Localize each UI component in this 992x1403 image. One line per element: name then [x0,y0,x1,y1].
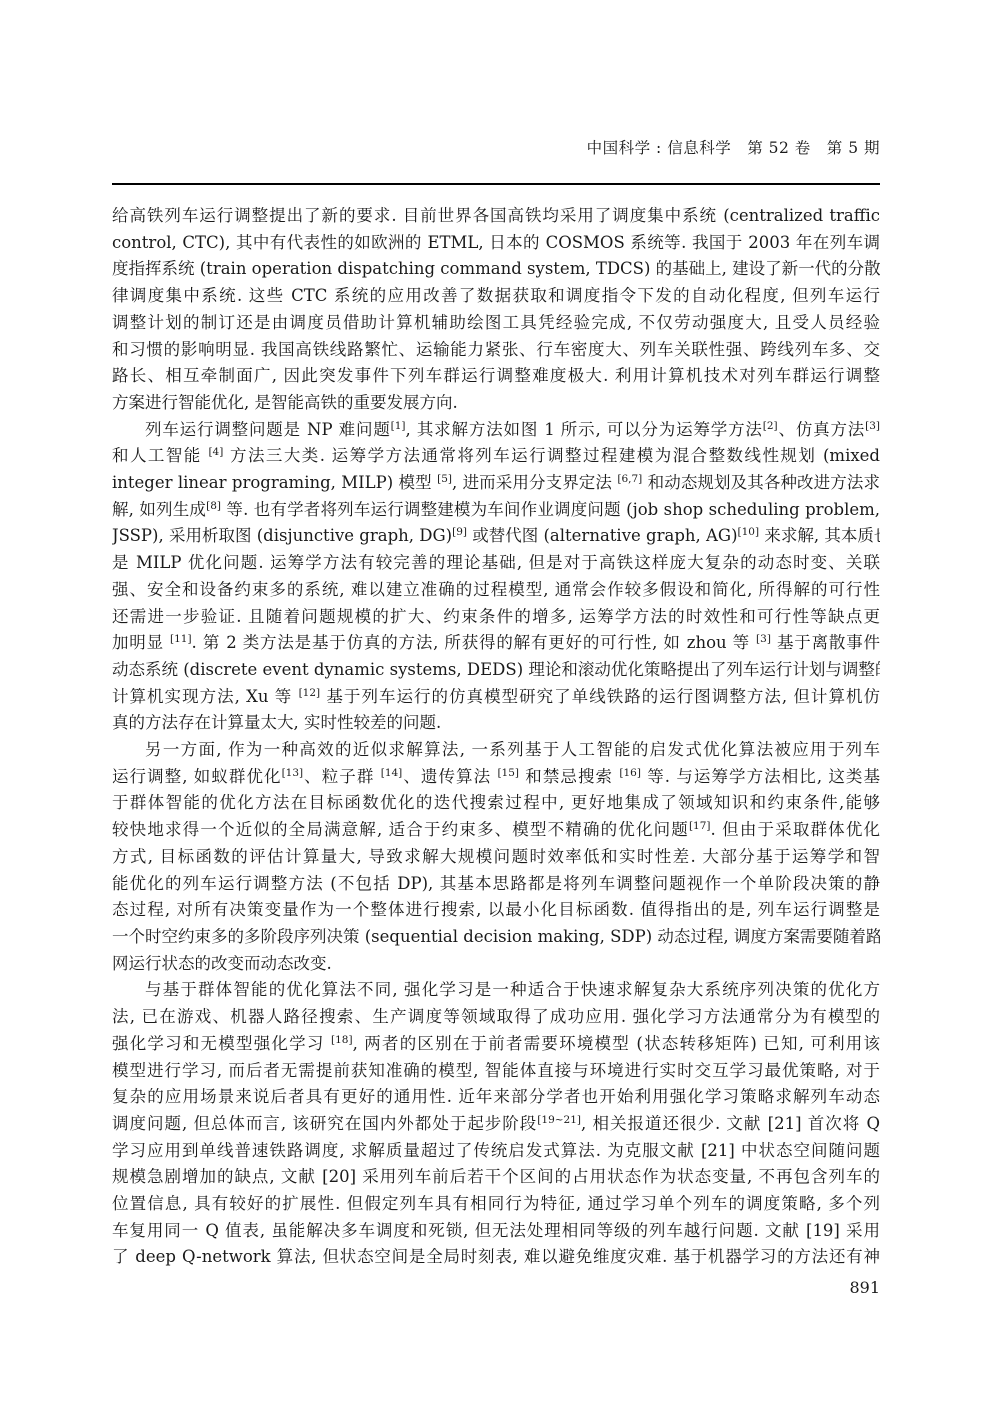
text-segment: 律调度集中系统. 这些 CTC 系统的应用改善了数据获取和调度指令下发的自动化程… [112,286,880,305]
text-segment: 强化学习和无模型强化学习 [112,1034,331,1053]
citation-reference: [9] [452,526,467,538]
text-segment: 、遗传算法 [402,767,497,786]
text-segment: 还需进一步验证. 且随着问题规模的扩大、约束条件的增多, 运筹学方法的时效性和可… [112,607,880,626]
citation-reference: [18] [331,1034,353,1046]
text-line: 和人工智能 [4] 方法三大类. 运筹学方法通常将列车运行调整过程建模为混合整数… [112,443,880,470]
citation-reference: [10] [738,526,760,538]
citation-reference: [19~21] [537,1114,581,1126]
text-segment: 计算机实现方法, Xu 等 [112,687,299,706]
text-segment: , 两者的区别在于前者需要环境模型 (状态转移矩阵) 已知, 可利用该 [353,1034,880,1053]
citation-reference: [3] [756,633,771,645]
text-line: 给高铁列车运行调整提出了新的要求. 目前世界各国高铁均采用了调度集中系统 (ce… [112,203,880,230]
text-line: 列车运行调整问题是 NP 难问题[1], 其求解方法如图 1 所示, 可以分为运… [112,417,880,444]
text-line: 还需进一步验证. 且随着问题规模的扩大、约束条件的增多, 运筹学方法的时效性和可… [112,604,880,631]
text-segment: 给高铁列车运行调整提出了新的要求. 目前世界各国高铁均采用了调度集中系统 (ce… [112,206,880,225]
citation-reference: [13] [282,767,304,779]
text-segment: 网运行状态的改变而动态改变. [112,954,332,973]
text-segment: . 但由于采取群体优化 [711,820,880,839]
paragraph: 列车运行调整问题是 NP 难问题[1], 其求解方法如图 1 所示, 可以分为运… [112,417,880,737]
citation-reference: [8] [206,500,221,512]
text-line: 学习应用到单线普速铁路调度, 求解质量超过了传统启发式算法. 为克服文献 [21… [112,1138,880,1165]
text-line: JSSP), 采用析取图 (disjunctive graph, DG)[9] … [112,523,880,550]
page-footer: 891 [112,1278,880,1298]
text-line: 网运行状态的改变而动态改变. [112,951,880,978]
text-line: 规模急剧增加的缺点, 文献 [20] 采用列车前后若干个区间的占用状态作为状态变… [112,1164,880,1191]
citation-reference: [4] [208,446,223,458]
text-line: 调整计划的制订还是由调度员借助计算机辅助绘图工具凭经验完成, 不仅劳动强度大, … [112,310,880,337]
text-segment: 另一方面, 作为一种高效的近似求解算法, 一系列基于人工智能的启发式优化算法被应… [145,740,880,759]
text-segment: 和习惯的影响明显. 我国高铁线路繁忙、运输能力紧张、行车密度大、列车关联性强、跨… [112,340,880,359]
text-segment: 态过程, 对所有决策变量作为一个整体进行搜索, 以最小化目标函数. 值得指出的是… [112,900,880,919]
article-body: 给高铁列车运行调整提出了新的要求. 目前世界各国高铁均采用了调度集中系统 (ce… [112,203,880,1271]
document-page: 中国科学 : 信息科学 第 52 卷 第 5 期 给高铁列车运行调整提出了新的要… [0,0,992,1403]
citation-reference: [3] [865,420,880,432]
text-segment: , 进而采用分支界定法 [452,473,617,492]
text-segment: 来求解, 其本质也 [759,526,880,545]
text-segment: 是 MILP 优化问题. 运筹学方法有较完善的理论基础, 但是对于高铁这样庞大复… [112,553,880,572]
citation-reference: [17] [689,820,711,832]
text-line: 方案进行智能优化, 是智能高铁的重要发展方向. [112,390,880,417]
citation-reference: [12] [299,687,321,699]
citation-reference: [11] [170,633,192,645]
text-segment: 了 deep Q-network 算法, 但状态空间是全局时刻表, 难以避免维度… [112,1247,880,1266]
text-segment: 复杂的应用场景来说后者具有更好的通用性. 近年来部分学者也开始利用强化学习策略求… [112,1087,880,1106]
text-line: 是 MILP 优化问题. 运筹学方法有较完善的理论基础, 但是对于高铁这样庞大复… [112,550,880,577]
citation-reference: [6,7] [617,473,642,485]
text-line: 路长、相互牵制面广, 因此突发事件下列车群运行调整难度极大. 利用计算机技术对列… [112,363,880,390]
text-segment: 法, 已在游戏、机器人路径搜索、生产调度等领域取得了成功应用. 强化学习方法通常… [112,1007,880,1026]
text-line: 位置信息, 具有较好的扩展性. 但假定列车具有相同行为特征, 通过学习单个列车的… [112,1191,880,1218]
text-line: 较快地求得一个近似的全局满意解, 适合于约束多、模型不精确的优化问题[17]. … [112,817,880,844]
text-segment: 调度问题, 但总体而言, 该研究在国内外都处于起步阶段 [112,1114,537,1133]
text-segment: 模型进行学习, 而后者无需提前获知准确的模型, 智能体直接与环境进行实时交互学习… [112,1061,880,1080]
text-segment: 强、安全和设备约束多的系统, 难以建立准确的过程模型, 通常会作较多假设和简化,… [112,580,880,599]
text-segment: 运行调整, 如蚁群优化 [112,767,282,786]
text-segment: , 相关报道还很少. 文献 [21] 首次将 Q [581,1114,880,1133]
text-segment: 方式, 目标函数的评估计算量大, 导致求解大规模问题时效率低和实时性差. 大部分… [112,847,880,866]
text-segment: 能优化的列车运行调整方法 (不包括 DP), 其基本思路都是将列车调整问题视作一… [112,874,880,893]
text-segment: 规模急剧增加的缺点, 文献 [20] 采用列车前后若干个区间的占用状态作为状态变… [112,1167,880,1186]
text-segment: 解, 如列生成 [112,500,206,519]
text-segment: 和人工智能 [112,446,208,465]
text-line: control, CTC), 其中有代表性的如欧洲的 ETML, 日本的 COS… [112,230,880,257]
text-line: 真的方法存在计算量太大, 实时性较差的问题. [112,710,880,737]
text-segment: 和动态规划及其各种改进方法求 [642,473,880,492]
text-segment: 和禁忌搜索 [519,767,619,786]
text-segment: 基于列车运行的仿真模型研究了单线铁路的运行图调整方法, 但计算机仿 [320,687,880,706]
text-segment: , 其求解方法如图 1 所示, 可以分为运筹学方法 [406,420,763,439]
journal-header-text: 中国科学 : 信息科学 第 52 卷 第 5 期 [587,139,880,157]
paragraph: 给高铁列车运行调整提出了新的要求. 目前世界各国高铁均采用了调度集中系统 (ce… [112,203,880,417]
text-segment: 等. 与运筹学方法相比, 这类基 [641,767,880,786]
text-line: 动态系统 (discrete event dynamic systems, DE… [112,657,880,684]
text-segment: control, CTC), 其中有代表性的如欧洲的 ETML, 日本的 COS… [112,233,880,252]
text-segment: 调整计划的制订还是由调度员借助计算机辅助绘图工具凭经验完成, 不仅劳动强度大, … [112,313,880,332]
text-segment: 与基于群体智能的优化算法不同, 强化学习是一种适合于快速求解复杂大系统序列决策的… [145,980,880,999]
text-line: 解, 如列生成[8] 等. 也有学者将列车运行调整建模为车间作业调度问题 (jo… [112,497,880,524]
text-line: 法, 已在游戏、机器人路径搜索、生产调度等领域取得了成功应用. 强化学习方法通常… [112,1004,880,1031]
text-segment: 路长、相互牵制面广, 因此突发事件下列车群运行调整难度极大. 利用计算机技术对列… [112,366,880,385]
text-segment: 位置信息, 具有较好的扩展性. 但假定列车具有相同行为特征, 通过学习单个列车的… [112,1194,880,1213]
text-line: 于群体智能的优化方法在目标函数优化的迭代搜索过程中, 更好地集成了领域知识和约束… [112,790,880,817]
text-line: 方式, 目标函数的评估计算量大, 导致求解大规模问题时效率低和实时性差. 大部分… [112,844,880,871]
text-segment: 较快地求得一个近似的全局满意解, 适合于约束多、模型不精确的优化问题 [112,820,689,839]
citation-reference: [16] [619,767,641,779]
text-segment: 加明显 [112,633,170,652]
text-line: 车复用同一 Q 值表, 虽能解决多车调度和死锁, 但无法处理相同等级的列车越行问… [112,1218,880,1245]
citation-reference: [1] [391,420,406,432]
text-segment: 一个时空约束多的多阶段序列决策 (sequential decision mak… [112,927,880,946]
text-line: 一个时空约束多的多阶段序列决策 (sequential decision mak… [112,924,880,951]
text-line: 运行调整, 如蚁群优化[13]、粒子群 [14]、遗传算法 [15] 和禁忌搜索… [112,764,880,791]
text-line: 加明显 [11]. 第 2 类方法是基于仿真的方法, 所获得的解有更好的可行性,… [112,630,880,657]
text-segment: 方案进行智能优化, 是智能高铁的重要发展方向. [112,393,458,412]
text-line: 计算机实现方法, Xu 等 [12] 基于列车运行的仿真模型研究了单线铁路的运行… [112,684,880,711]
page-number: 891 [849,1278,880,1297]
text-segment: 真的方法存在计算量太大, 实时性较差的问题. [112,713,441,732]
text-segment: 于群体智能的优化方法在目标函数优化的迭代搜索过程中, 更好地集成了领域知识和约束… [112,793,880,812]
text-line: 能优化的列车运行调整方法 (不包括 DP), 其基本思路都是将列车调整问题视作一… [112,871,880,898]
citation-reference: [5] [437,473,452,485]
text-line: 调度问题, 但总体而言, 该研究在国内外都处于起步阶段[19~21], 相关报道… [112,1111,880,1138]
text-line: 强、安全和设备约束多的系统, 难以建立准确的过程模型, 通常会作较多假设和简化,… [112,577,880,604]
text-line: 另一方面, 作为一种高效的近似求解算法, 一系列基于人工智能的启发式优化算法被应… [112,737,880,764]
citation-reference: [15] [497,767,519,779]
text-segment: 基于离散事件 [771,633,880,652]
text-segment: 、仿真方法 [778,420,865,439]
text-line: 模型进行学习, 而后者无需提前获知准确的模型, 智能体直接与环境进行实时交互学习… [112,1058,880,1085]
text-line: 复杂的应用场景来说后者具有更好的通用性. 近年来部分学者也开始利用强化学习策略求… [112,1084,880,1111]
text-segment: 或替代图 (alternative graph, AG) [467,526,738,545]
text-segment: integer linear programing, MILP) 模型 [112,473,437,492]
text-segment: 列车运行调整问题是 NP 难问题 [145,420,391,439]
text-line: 态过程, 对所有决策变量作为一个整体进行搜索, 以最小化目标函数. 值得指出的是… [112,897,880,924]
paragraph: 与基于群体智能的优化算法不同, 强化学习是一种适合于快速求解复杂大系统序列决策的… [112,977,880,1271]
text-segment: 度指挥系统 (train operation dispatching comma… [112,259,880,278]
text-segment: 方法三大类. 运筹学方法通常将列车运行调整过程建模为混合整数线性规划 (mixe… [223,446,880,465]
text-segment: 学习应用到单线普速铁路调度, 求解质量超过了传统启发式算法. 为克服文献 [21… [112,1141,880,1160]
text-line: 和习惯的影响明显. 我国高铁线路繁忙、运输能力紧张、行车密度大、列车关联性强、跨… [112,337,880,364]
text-segment: 动态系统 (discrete event dynamic systems, DE… [112,660,880,679]
text-line: 与基于群体智能的优化算法不同, 强化学习是一种适合于快速求解复杂大系统序列决策的… [112,977,880,1004]
header-rule [112,183,880,185]
journal-header: 中国科学 : 信息科学 第 52 卷 第 5 期 [112,118,880,178]
text-segment: 等. 也有学者将列车运行调整建模为车间作业调度问题 (job shop sche… [221,500,880,519]
text-segment: 、粒子群 [303,767,381,786]
paragraph: 另一方面, 作为一种高效的近似求解算法, 一系列基于人工智能的启发式优化算法被应… [112,737,880,977]
text-segment: JSSP), 采用析取图 (disjunctive graph, DG) [112,526,452,545]
text-line: 了 deep Q-network 算法, 但状态空间是全局时刻表, 难以避免维度… [112,1244,880,1271]
text-line: 强化学习和无模型强化学习 [18], 两者的区别在于前者需要环境模型 (状态转移… [112,1031,880,1058]
citation-reference: [14] [381,767,403,779]
text-line: 律调度集中系统. 这些 CTC 系统的应用改善了数据获取和调度指令下发的自动化程… [112,283,880,310]
text-segment: 车复用同一 Q 值表, 虽能解决多车调度和死锁, 但无法处理相同等级的列车越行问… [112,1221,880,1240]
text-segment: . 第 2 类方法是基于仿真的方法, 所获得的解有更好的可行性, 如 zhou … [192,633,757,652]
text-line: 度指挥系统 (train operation dispatching comma… [112,256,880,283]
text-line: integer linear programing, MILP) 模型 [5],… [112,470,880,497]
citation-reference: [2] [763,420,778,432]
